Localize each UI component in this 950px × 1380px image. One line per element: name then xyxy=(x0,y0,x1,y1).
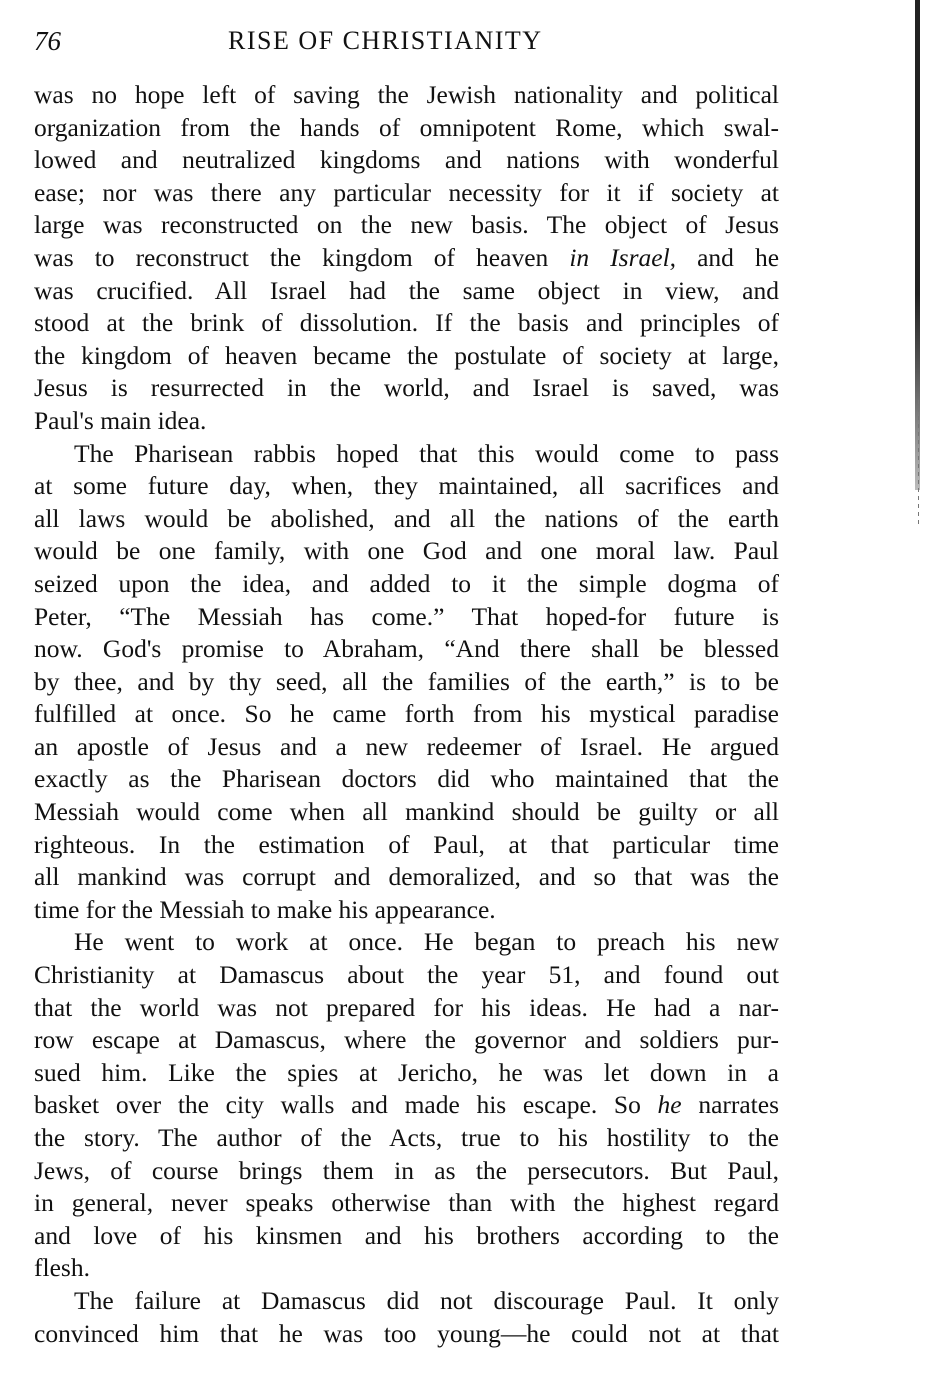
paragraph-start-line: The Pharisean rabbis hoped that this wou… xyxy=(34,438,779,471)
paragraph-end-line: Paul's main idea. xyxy=(34,405,779,438)
italic-emphasis: he xyxy=(658,1090,682,1119)
text-line: in general, never speaks otherwise than … xyxy=(34,1187,779,1220)
text-line: row escape at Damascus, where the govern… xyxy=(34,1024,779,1057)
text-segment: was to reconstruct the kingdom of heaven xyxy=(34,243,548,272)
text-line: was to reconstruct the kingdom of heaven… xyxy=(34,242,779,275)
text-line: lowed and neutralized kingdoms and natio… xyxy=(34,144,779,177)
text-line: sued him. Like the spies at Jericho, he … xyxy=(34,1057,779,1090)
scan-edge-dots xyxy=(918,400,919,525)
text-line: would be one family, with one God and on… xyxy=(34,535,779,568)
text-line: Peter, “The Messiah has come.” That hope… xyxy=(34,601,779,634)
text-line: righteous. In the estimation of Paul, at… xyxy=(34,829,779,862)
text-line: all laws would be abolished, and all the… xyxy=(34,503,779,536)
text-line: the kingdom of heaven became the postula… xyxy=(34,340,779,373)
page-number: 76 xyxy=(34,24,61,58)
text-line: all mankind was corrupt and demoralized,… xyxy=(34,861,779,894)
text-line: exactly as the Pharisean doctors did who… xyxy=(34,763,779,796)
text-line: seized upon the idea, and added to it th… xyxy=(34,568,779,601)
text-segment: and he xyxy=(697,243,779,272)
text-line: convinced him that he was too young—he c… xyxy=(34,1318,779,1351)
italic-emphasis: in Israel, xyxy=(569,243,676,272)
text-line: Jesus is resurrected in the world, and I… xyxy=(34,372,779,405)
text-line: and love of his kinsmen and his brothers… xyxy=(34,1220,779,1253)
running-head: 76 RISE OF CHRISTIANITY xyxy=(34,24,779,58)
text-line: ease; nor was there any particular neces… xyxy=(34,177,779,210)
text-line: organization from the hands of omnipoten… xyxy=(34,112,779,145)
text-line: Messiah would come when all mankind shou… xyxy=(34,796,779,829)
text-line: Jews, of course brings them in as the pe… xyxy=(34,1155,779,1188)
paragraph-start-line: The failure at Damascus did not discoura… xyxy=(34,1285,779,1318)
running-title: RISE OF CHRISTIANITY xyxy=(228,24,543,58)
text-line: fulfilled at once. So he came forth from… xyxy=(34,698,779,731)
book-page: 76 RISE OF CHRISTIANITY was no hope left… xyxy=(0,0,950,1380)
text-line: now. God's promise to Abraham, “And ther… xyxy=(34,633,779,666)
text-line: was crucified. All Israel had the same o… xyxy=(34,275,779,308)
text-line: Christianity at Damascus about the year … xyxy=(34,959,779,992)
body-text: was no hope left of saving the Jewish na… xyxy=(34,79,779,1350)
text-line: large was reconstructed on the new basis… xyxy=(34,209,779,242)
text-line: basket over the city walls and made his … xyxy=(34,1089,779,1122)
text-line: was no hope left of saving the Jewish na… xyxy=(34,79,779,112)
paragraph-end-line: flesh. xyxy=(34,1252,779,1285)
text-segment: narrates xyxy=(698,1090,779,1119)
text-line: an apostle of Jesus and a new redeemer o… xyxy=(34,731,779,764)
paragraph-start-line: He went to work at once. He began to pre… xyxy=(34,926,779,959)
text-line: stood at the brink of dissolution. If th… xyxy=(34,307,779,340)
text-segment: basket over the city walls and made his … xyxy=(34,1090,641,1119)
paragraph-end-line: time for the Messiah to make his appeara… xyxy=(34,894,779,927)
text-line: by thee, and by thy seed, all the famili… xyxy=(34,666,779,699)
text-line: the story. The author of the Acts, true … xyxy=(34,1122,779,1155)
text-line: at some future day, when, they maintaine… xyxy=(34,470,779,503)
text-line: that the world was not prepared for his … xyxy=(34,992,779,1025)
